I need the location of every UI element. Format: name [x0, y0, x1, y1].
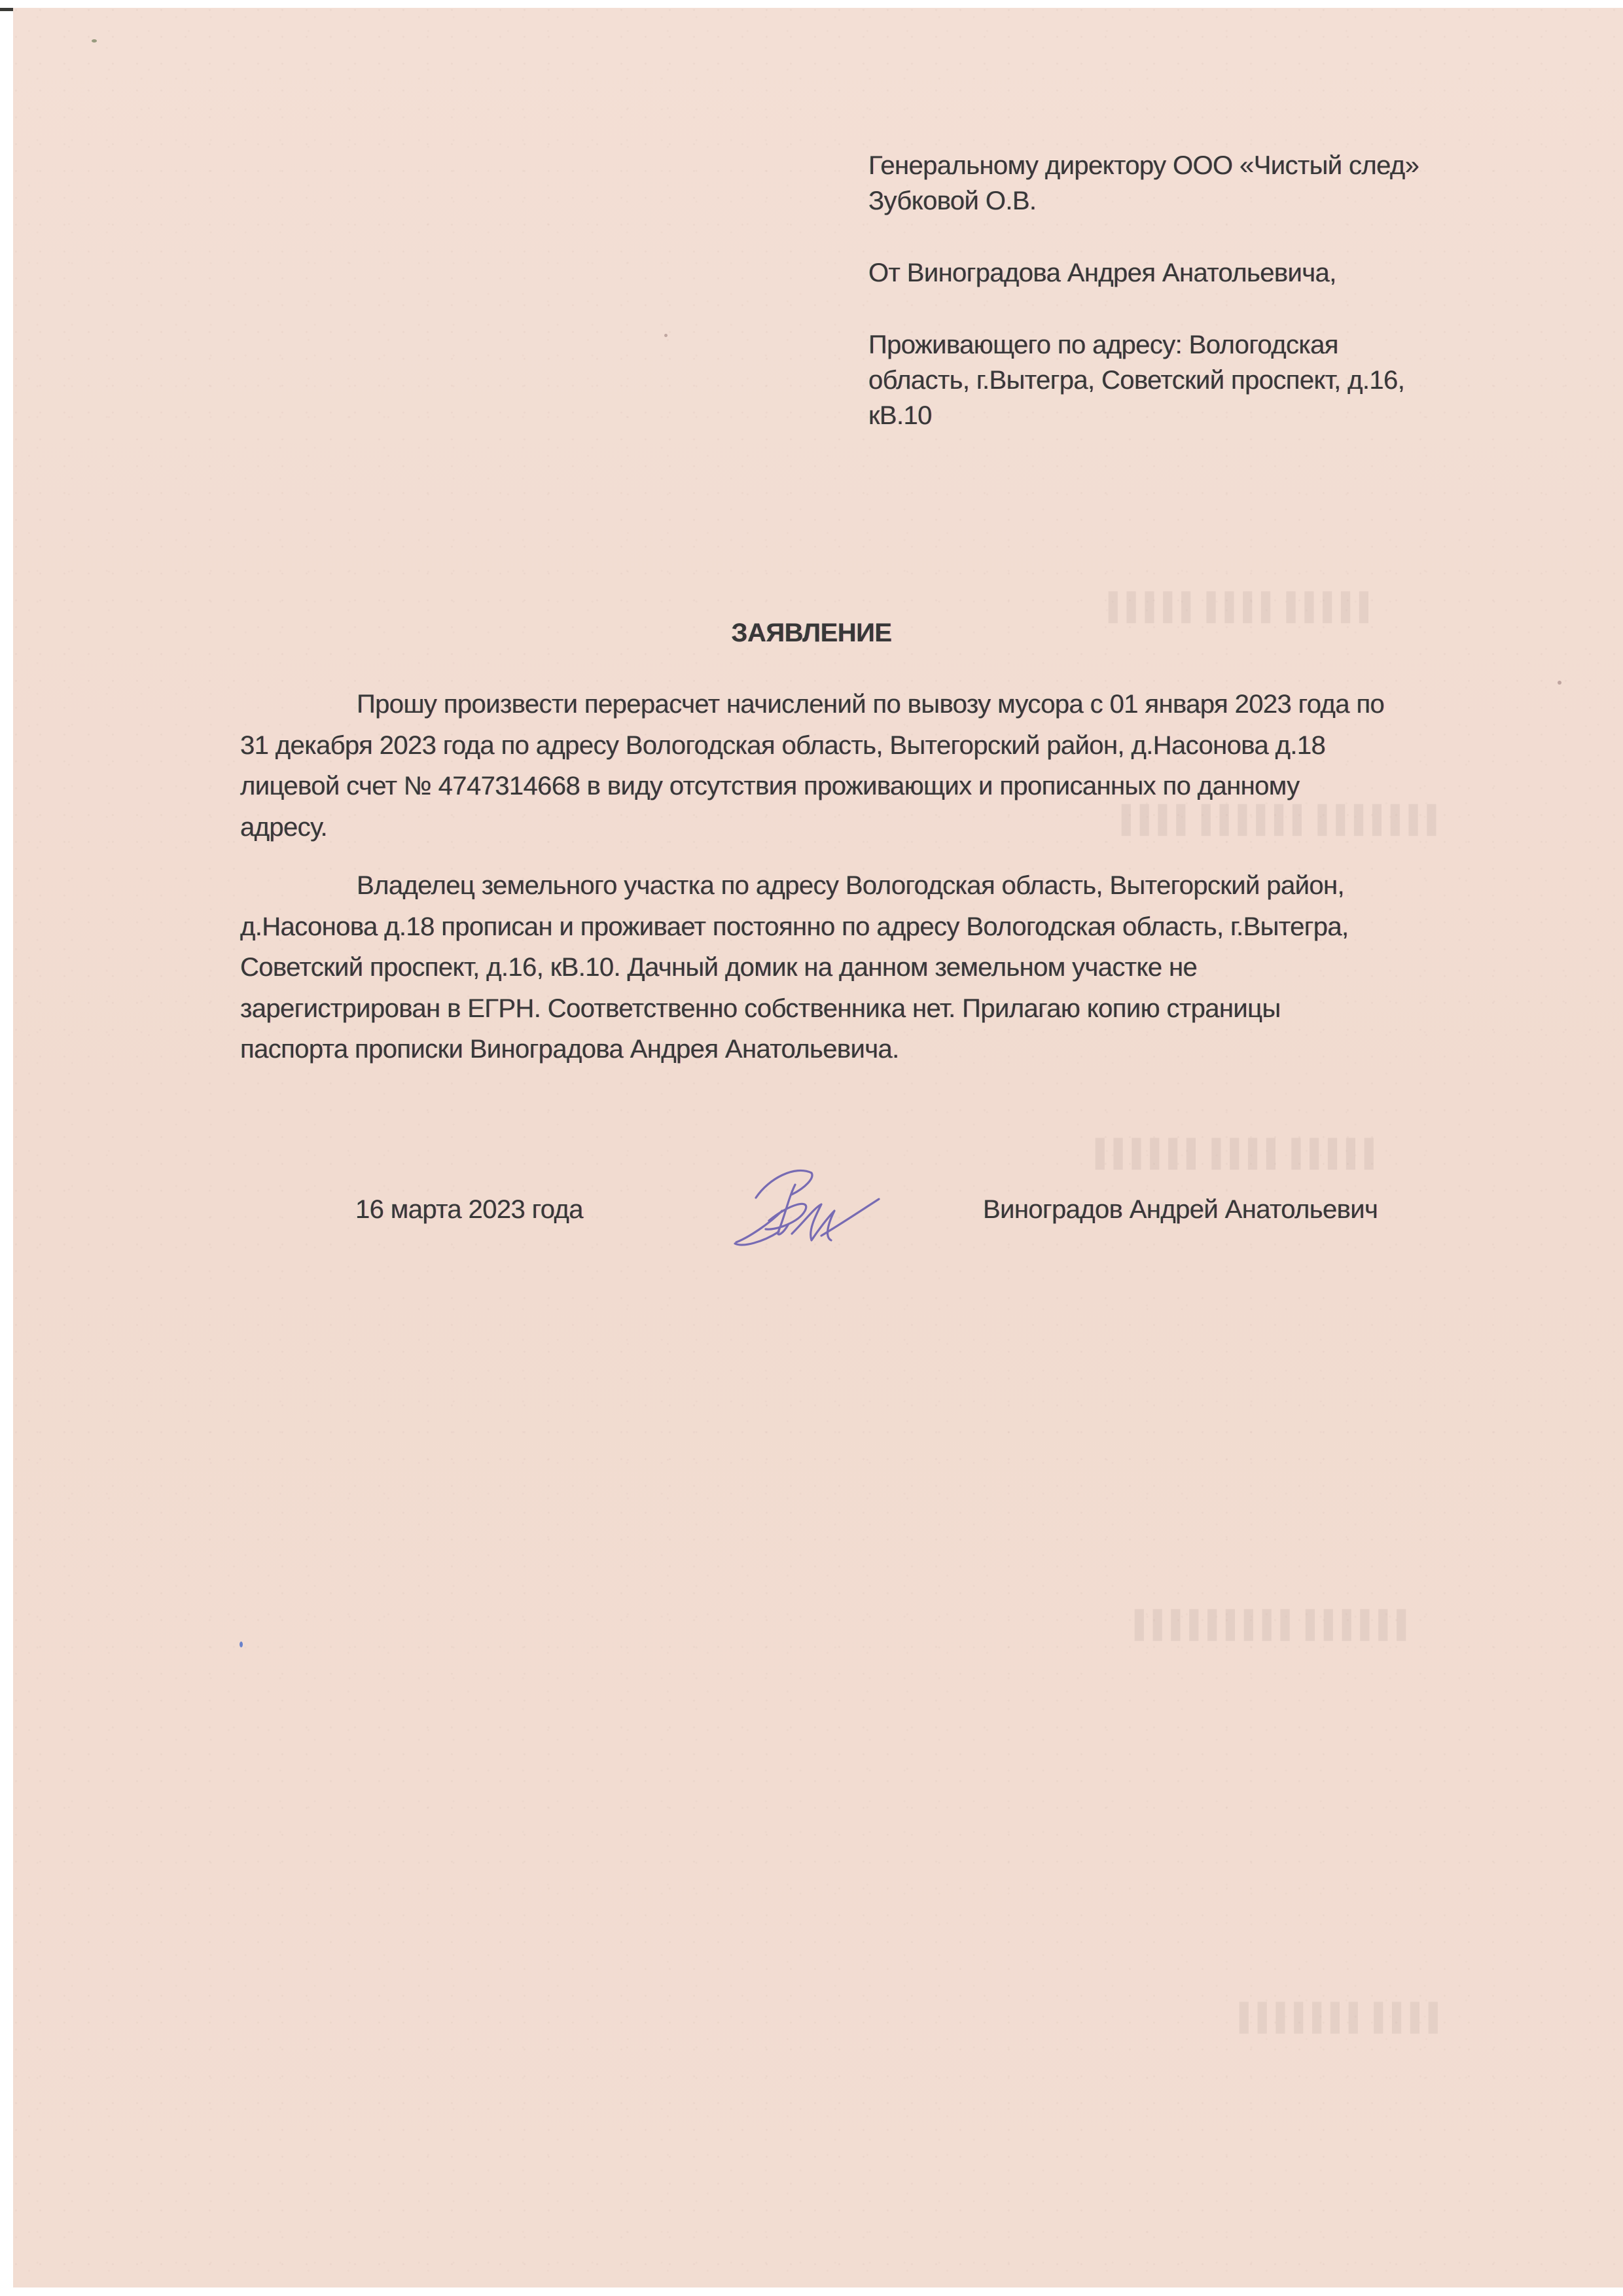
paragraph-line: Владелец земельного участка по адресу Во…: [240, 865, 1484, 906]
scan-speck: [92, 39, 97, 43]
body-paragraph-2: Владелец земельного участка по адресу Во…: [240, 865, 1484, 1070]
paragraph-line: 31 декабря 2023 года по адресу Вологодск…: [240, 725, 1484, 766]
sender-address-line2: область, г.Вытегра, Советский проспект, …: [868, 364, 1419, 399]
paragraph-line: д.Насонова д.18 прописан и проживает пос…: [240, 906, 1484, 948]
paragraph-line: Советский проспект, д.16, кВ.10. Дачный …: [240, 947, 1484, 988]
sender-address-line1: Проживающего по адресу: Вологодская: [868, 329, 1419, 364]
paragraph-line: Прошу произвести перерасчет начислений п…: [240, 684, 1484, 725]
addressee-recipient-title: Генеральному директору ООО «Чистый след»: [868, 149, 1419, 185]
addressee-block: Генеральному директору ООО «Чистый след»…: [868, 149, 1419, 435]
scan-edge-strip: [0, 8, 13, 11]
addressee-recipient-name: Зубковой О.В.: [868, 185, 1419, 220]
signer-name: Виноградов Андрей Анатольевич: [983, 1193, 1378, 1226]
sender-address-line3: кВ.10: [868, 399, 1419, 435]
paragraph-line: лицевой счет № 4747314668 в виду отсутст…: [240, 766, 1484, 807]
scan-speck: [240, 1641, 243, 1647]
handwritten-signature-icon: [730, 1158, 880, 1250]
sender-name: От Виноградова Андрея Анатольевича,: [868, 257, 1419, 292]
scan-speck: [664, 334, 668, 337]
paragraph-line: паспорта прописки Виноградова Андрея Ана…: [240, 1029, 1484, 1070]
document-date: 16 марта 2023 года: [355, 1193, 583, 1226]
scan-speck: [1558, 681, 1561, 685]
body-paragraph-1: Прошу произвести перерасчет начислений п…: [240, 684, 1484, 848]
paragraph-line: зарегистрирован в ЕГРН. Соответственно с…: [240, 988, 1484, 1030]
paragraph-line: адресу.: [240, 807, 1484, 848]
document-title: ЗАЯВЛЕНИЕ: [0, 619, 1623, 648]
